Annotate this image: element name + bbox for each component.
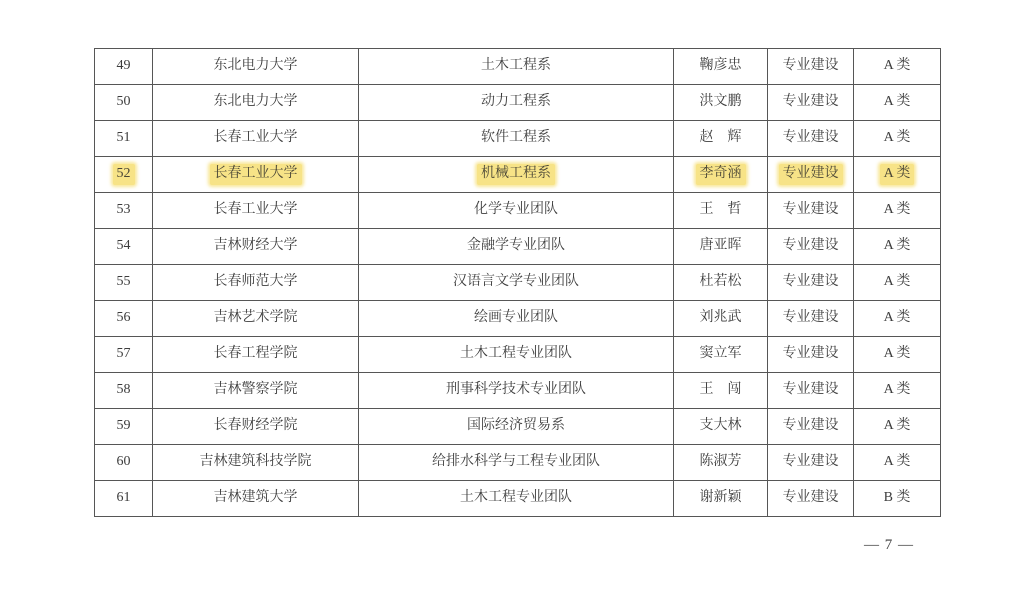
- cell-university: 东北电力大学: [153, 49, 359, 85]
- table-row: 50 东北电力大学 动力工程系 洪文鹏 专业建设 A 类: [95, 85, 941, 121]
- cell-project-type: 专业建设: [768, 229, 854, 265]
- leader-text: 谢新颖: [696, 488, 746, 508]
- serial-text: 49: [113, 56, 135, 76]
- cell-serial: 58: [95, 373, 153, 409]
- table-row: 59 长春财经学院 国际经济贸易系 支大林 专业建设 A 类: [95, 409, 941, 445]
- university-text: 长春工业大学: [210, 200, 302, 220]
- cell-serial: 53: [95, 193, 153, 229]
- cell-leader: 王 闯: [674, 373, 768, 409]
- department-text: 动力工程系: [477, 92, 555, 112]
- cell-serial: 52: [95, 157, 153, 193]
- department-text: 刑事科学技术专业团队: [442, 380, 590, 400]
- project-type-text: 专业建设: [779, 344, 843, 364]
- grade-text: A 类: [880, 200, 915, 220]
- university-text: 长春工业大学: [210, 164, 302, 184]
- cell-department: 汉语言文学专业团队: [359, 265, 674, 301]
- grade-text: A 类: [880, 344, 915, 364]
- cell-grade: A 类: [854, 301, 941, 337]
- department-text: 国际经济贸易系: [463, 416, 569, 436]
- cell-serial: 50: [95, 85, 153, 121]
- cell-department: 土木工程专业团队: [359, 337, 674, 373]
- cell-serial: 57: [95, 337, 153, 373]
- cell-grade: A 类: [854, 157, 941, 193]
- table-row: 49 东北电力大学 土木工程系 鞠彦忠 专业建设 A 类: [95, 49, 941, 85]
- leader-text: 支大林: [696, 416, 746, 436]
- leader-text: 杜若松: [696, 272, 746, 292]
- serial-text: 58: [113, 380, 135, 400]
- cell-project-type: 专业建设: [768, 373, 854, 409]
- grade-text: A 类: [880, 92, 915, 112]
- department-text: 绘画专业团队: [470, 308, 562, 328]
- cell-university: 长春财经学院: [153, 409, 359, 445]
- university-text: 长春财经学院: [210, 416, 302, 436]
- table-body: 49 东北电力大学 土木工程系 鞠彦忠 专业建设 A 类 50 东北电力大学 动…: [95, 49, 941, 517]
- cell-department: 土木工程系: [359, 49, 674, 85]
- university-text: 吉林警察学院: [210, 380, 302, 400]
- cell-project-type: 专业建设: [768, 445, 854, 481]
- grade-text: A 类: [880, 380, 915, 400]
- cell-grade: A 类: [854, 265, 941, 301]
- cell-leader: 唐亚晖: [674, 229, 768, 265]
- department-text: 化学专业团队: [470, 200, 562, 220]
- cell-department: 金融学专业团队: [359, 229, 674, 265]
- serial-text: 61: [113, 488, 135, 508]
- leader-text: 王 闯: [696, 380, 746, 400]
- cell-university: 吉林警察学院: [153, 373, 359, 409]
- serial-text: 59: [113, 416, 135, 436]
- cell-serial: 59: [95, 409, 153, 445]
- cell-grade: A 类: [854, 409, 941, 445]
- cell-grade: A 类: [854, 445, 941, 481]
- serial-text: 54: [113, 236, 135, 256]
- cell-serial: 54: [95, 229, 153, 265]
- cell-project-type: 专业建设: [768, 49, 854, 85]
- grade-text: A 类: [880, 236, 915, 256]
- serial-text: 50: [113, 92, 135, 112]
- leader-text: 陈淑芳: [696, 452, 746, 472]
- table-row: 61 吉林建筑大学 土木工程专业团队 谢新颖 专业建设 B 类: [95, 481, 941, 517]
- evaluation-table: 49 东北电力大学 土木工程系 鞠彦忠 专业建设 A 类 50 东北电力大学 动…: [94, 48, 941, 517]
- project-type-text: 专业建设: [779, 308, 843, 328]
- project-type-text: 专业建设: [779, 92, 843, 112]
- cell-serial: 51: [95, 121, 153, 157]
- university-text: 长春工业大学: [210, 128, 302, 148]
- university-text: 吉林艺术学院: [210, 308, 302, 328]
- serial-text: 56: [113, 308, 135, 328]
- cell-university: 吉林建筑科技学院: [153, 445, 359, 481]
- cell-serial: 55: [95, 265, 153, 301]
- cell-grade: B 类: [854, 481, 941, 517]
- university-text: 东北电力大学: [210, 92, 302, 112]
- grade-text: A 类: [880, 272, 915, 292]
- grade-text: A 类: [880, 452, 915, 472]
- table-row-highlighted: 52 长春工业大学 机械工程系 李奇涵 专业建设 A 类: [95, 157, 941, 193]
- table-row: 54 吉林财经大学 金融学专业团队 唐亚晖 专业建设 A 类: [95, 229, 941, 265]
- project-type-text: 专业建设: [779, 164, 843, 184]
- cell-department: 刑事科学技术专业团队: [359, 373, 674, 409]
- project-type-text: 专业建设: [779, 416, 843, 436]
- cell-project-type: 专业建设: [768, 409, 854, 445]
- cell-leader: 支大林: [674, 409, 768, 445]
- cell-project-type: 专业建设: [768, 85, 854, 121]
- project-type-text: 专业建设: [779, 452, 843, 472]
- table-row: 60 吉林建筑科技学院 给排水科学与工程专业团队 陈淑芳 专业建设 A 类: [95, 445, 941, 481]
- cell-university: 长春工程学院: [153, 337, 359, 373]
- department-text: 给排水科学与工程专业团队: [428, 452, 604, 472]
- leader-text: 李奇涵: [696, 164, 746, 184]
- grade-text: A 类: [880, 164, 915, 184]
- cell-leader: 洪文鹏: [674, 85, 768, 121]
- table-row: 57 长春工程学院 土木工程专业团队 窦立军 专业建设 A 类: [95, 337, 941, 373]
- cell-serial: 49: [95, 49, 153, 85]
- cell-university: 东北电力大学: [153, 85, 359, 121]
- cell-leader: 赵 辉: [674, 121, 768, 157]
- cell-department: 软件工程系: [359, 121, 674, 157]
- project-type-text: 专业建设: [779, 380, 843, 400]
- cell-leader: 杜若松: [674, 265, 768, 301]
- cell-grade: A 类: [854, 337, 941, 373]
- university-text: 长春师范大学: [210, 272, 302, 292]
- cell-department: 国际经济贸易系: [359, 409, 674, 445]
- cell-university: 吉林财经大学: [153, 229, 359, 265]
- document-page: 49 东北电力大学 土木工程系 鞠彦忠 专业建设 A 类 50 东北电力大学 动…: [0, 0, 1024, 593]
- serial-text: 51: [113, 128, 135, 148]
- table-row: 56 吉林艺术学院 绘画专业团队 刘兆武 专业建设 A 类: [95, 301, 941, 337]
- grade-text: A 类: [880, 56, 915, 76]
- cell-leader: 谢新颖: [674, 481, 768, 517]
- university-text: 东北电力大学: [210, 56, 302, 76]
- cell-grade: A 类: [854, 49, 941, 85]
- cell-serial: 60: [95, 445, 153, 481]
- grade-text: A 类: [880, 416, 915, 436]
- cell-department: 土木工程专业团队: [359, 481, 674, 517]
- cell-grade: A 类: [854, 85, 941, 121]
- cell-university: 长春师范大学: [153, 265, 359, 301]
- serial-text: 57: [113, 344, 135, 364]
- department-text: 金融学专业团队: [463, 236, 569, 256]
- cell-department: 化学专业团队: [359, 193, 674, 229]
- cell-project-type: 专业建设: [768, 121, 854, 157]
- serial-text: 60: [113, 452, 135, 472]
- cell-university: 吉林艺术学院: [153, 301, 359, 337]
- cell-project-type: 专业建设: [768, 265, 854, 301]
- leader-text: 刘兆武: [696, 308, 746, 328]
- grade-text: A 类: [880, 308, 915, 328]
- serial-text: 53: [113, 200, 135, 220]
- cell-leader: 鞠彦忠: [674, 49, 768, 85]
- table-row: 53 长春工业大学 化学专业团队 王 哲 专业建设 A 类: [95, 193, 941, 229]
- cell-serial: 61: [95, 481, 153, 517]
- page-number-text: — 7 —: [864, 537, 914, 553]
- serial-text: 52: [113, 164, 135, 184]
- leader-text: 王 哲: [696, 200, 746, 220]
- cell-department: 机械工程系: [359, 157, 674, 193]
- project-type-text: 专业建设: [779, 272, 843, 292]
- table-row: 55 长春师范大学 汉语言文学专业团队 杜若松 专业建设 A 类: [95, 265, 941, 301]
- grade-text: A 类: [880, 128, 915, 148]
- cell-leader: 刘兆武: [674, 301, 768, 337]
- cell-leader: 窦立军: [674, 337, 768, 373]
- serial-text: 55: [113, 272, 135, 292]
- leader-text: 洪文鹏: [696, 92, 746, 112]
- university-text: 吉林财经大学: [210, 236, 302, 256]
- department-text: 汉语言文学专业团队: [449, 272, 583, 292]
- project-type-text: 专业建设: [779, 128, 843, 148]
- cell-university: 吉林建筑大学: [153, 481, 359, 517]
- grade-text: B 类: [880, 488, 915, 508]
- cell-university: 长春工业大学: [153, 193, 359, 229]
- cell-leader: 陈淑芳: [674, 445, 768, 481]
- table-row: 58 吉林警察学院 刑事科学技术专业团队 王 闯 专业建设 A 类: [95, 373, 941, 409]
- leader-text: 唐亚晖: [696, 236, 746, 256]
- leader-text: 鞠彦忠: [696, 56, 746, 76]
- cell-project-type: 专业建设: [768, 481, 854, 517]
- project-type-text: 专业建设: [779, 236, 843, 256]
- cell-department: 动力工程系: [359, 85, 674, 121]
- cell-grade: A 类: [854, 121, 941, 157]
- table-row: 51 长春工业大学 软件工程系 赵 辉 专业建设 A 类: [95, 121, 941, 157]
- cell-university: 长春工业大学: [153, 121, 359, 157]
- cell-project-type: 专业建设: [768, 157, 854, 193]
- university-text: 吉林建筑科技学院: [196, 452, 316, 472]
- cell-project-type: 专业建设: [768, 301, 854, 337]
- university-text: 长春工程学院: [210, 344, 302, 364]
- cell-leader: 李奇涵: [674, 157, 768, 193]
- project-type-text: 专业建设: [779, 200, 843, 220]
- cell-department: 绘画专业团队: [359, 301, 674, 337]
- cell-department: 给排水科学与工程专业团队: [359, 445, 674, 481]
- project-type-text: 专业建设: [779, 488, 843, 508]
- department-text: 土木工程系: [477, 56, 555, 76]
- project-type-text: 专业建设: [779, 56, 843, 76]
- cell-grade: A 类: [854, 229, 941, 265]
- cell-serial: 56: [95, 301, 153, 337]
- leader-text: 窦立军: [696, 344, 746, 364]
- department-text: 软件工程系: [477, 128, 555, 148]
- leader-text: 赵 辉: [696, 128, 746, 148]
- cell-project-type: 专业建设: [768, 193, 854, 229]
- cell-grade: A 类: [854, 193, 941, 229]
- department-text: 机械工程系: [477, 164, 555, 184]
- department-text: 土木工程专业团队: [456, 344, 576, 364]
- page-number: — 7 —: [843, 537, 935, 554]
- department-text: 土木工程专业团队: [456, 488, 576, 508]
- cell-grade: A 类: [854, 373, 941, 409]
- cell-university: 长春工业大学: [153, 157, 359, 193]
- cell-leader: 王 哲: [674, 193, 768, 229]
- cell-project-type: 专业建设: [768, 337, 854, 373]
- university-text: 吉林建筑大学: [210, 488, 302, 508]
